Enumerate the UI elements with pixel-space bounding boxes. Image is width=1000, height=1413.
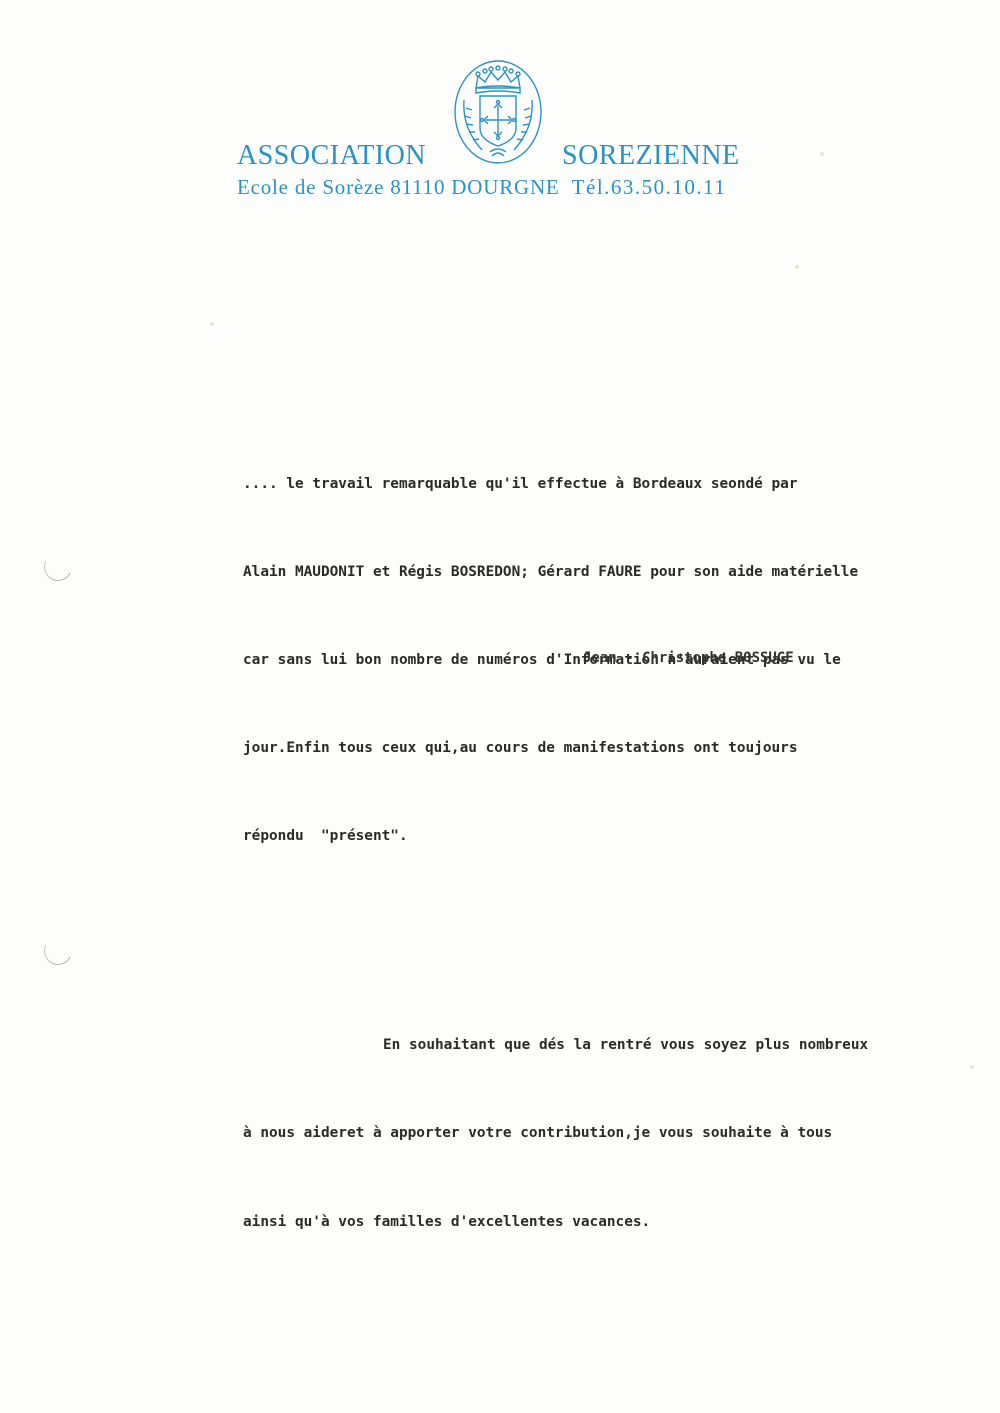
text-line: En souhaitant que dés la rentré vous soy…: [243, 1031, 943, 1060]
crest-icon: [452, 58, 544, 166]
org-name-left: ASSOCIATION: [237, 140, 426, 172]
paper-speck: [820, 152, 824, 156]
paragraph-2: En souhaitant que dés la rentré vous soy…: [243, 972, 943, 1295]
text-line: ainsi qu'à vos familles d'excellentes va…: [243, 1208, 943, 1237]
address-line: Ecole de Sorèze 81110 DOURGNE Tél.63.50.…: [237, 175, 726, 200]
org-name-right: SOREZIENNE: [562, 140, 740, 172]
text-line: jour.Enfin tous ceux qui,au cours de man…: [243, 734, 943, 763]
letterhead: ASSOCIATION SOREZIENNE Ecole de Sorèze 8…: [0, 0, 1000, 210]
signature: Jean - Christophe BOSSUGE: [583, 650, 794, 666]
text-line: Alain MAUDONIT et Régis BOSREDON; Gérard…: [243, 558, 943, 587]
text-line: à nous aideret à apporter votre contribu…: [243, 1119, 943, 1148]
paper-speck: [970, 1065, 974, 1069]
paper-speck: [210, 322, 214, 326]
letter-body: .... le travail remarquable qu'il effect…: [243, 352, 943, 1325]
postal-address: Ecole de Sorèze 81110 DOURGNE: [237, 175, 560, 199]
text-line: .... le travail remarquable qu'il effect…: [243, 470, 943, 499]
text-line: répondu "présent".: [243, 822, 943, 851]
paper-speck: [795, 265, 799, 269]
punch-hole-mark: [40, 933, 76, 969]
punch-hole-mark: [40, 549, 76, 585]
phone-number: Tél.63.50.10.11: [572, 175, 727, 199]
